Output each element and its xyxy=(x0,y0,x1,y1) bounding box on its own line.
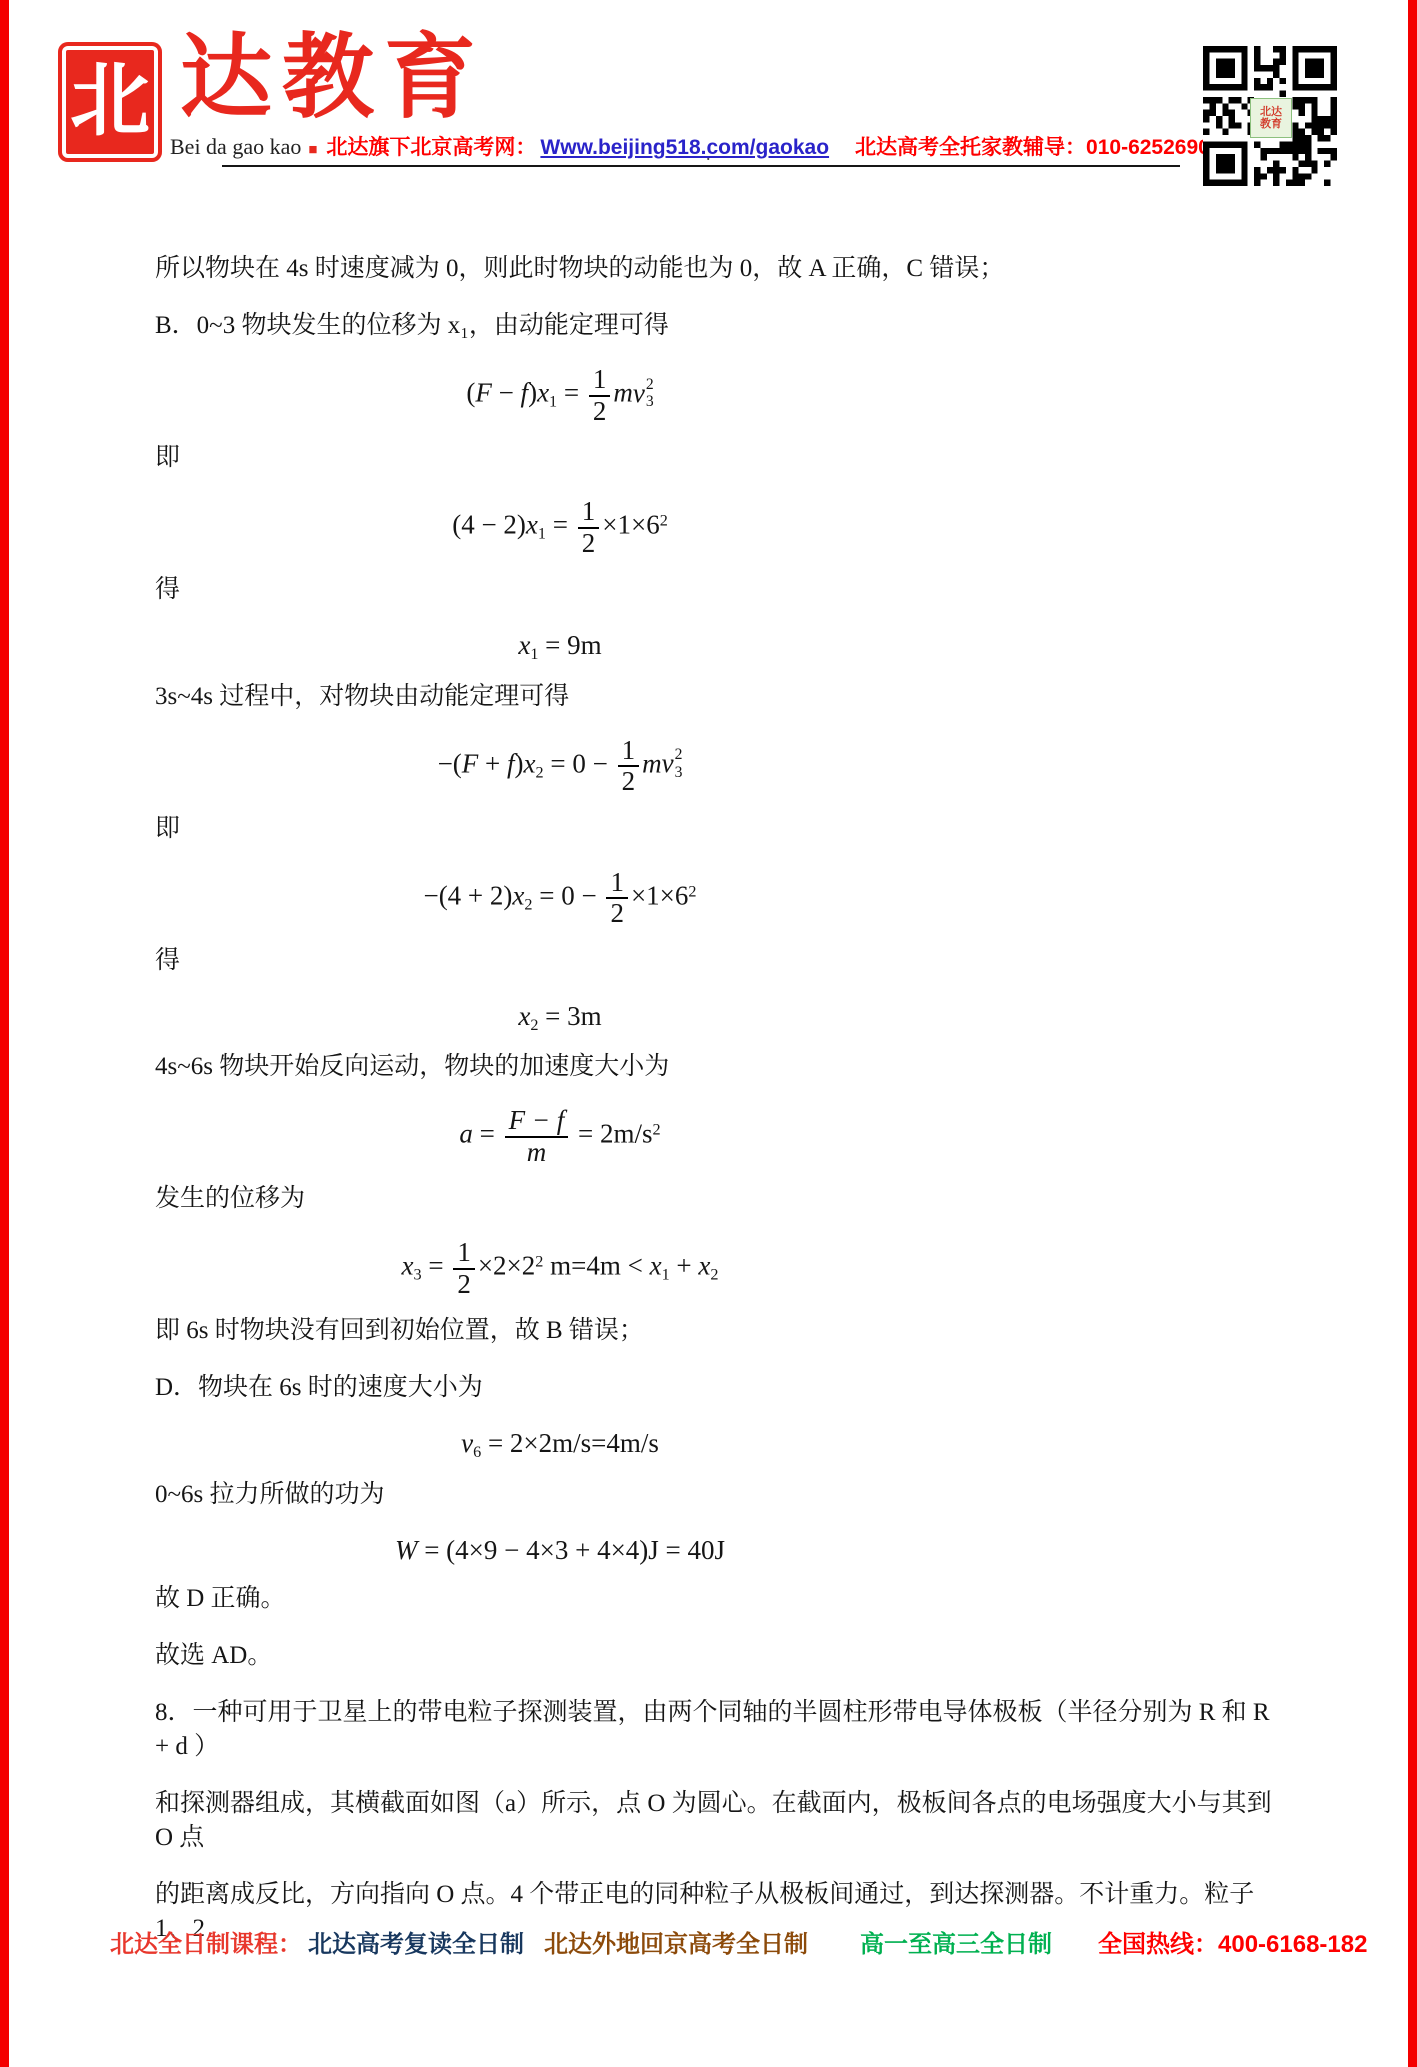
footer-segment: 全国热线：400-6168-182 xyxy=(1098,1931,1367,1958)
qr-label-line2: 教育 xyxy=(1260,118,1282,130)
equation: W = (4×9 − 4×3 + 4×4)J = 40J xyxy=(155,1535,965,1566)
header-phone-number: 010-62526900 xyxy=(1086,136,1221,160)
equation: −(4 + 2)x2 = 0 − 12×1×62 xyxy=(155,869,965,928)
document-page: 北 达教育 Bei da gao kao ■ 北达旗下北京高考网： Www.be… xyxy=(0,0,1417,2067)
paragraph: 4s~6s 物块开始反向运动，物块的加速度大小为 xyxy=(155,1050,1275,1084)
page-footer: 北达全日制课程：北达高考复读全日制北达外地回京高考全日制高一至高三全日制全国热线… xyxy=(110,1924,1373,1959)
equation: x2 = 3m xyxy=(155,1001,965,1034)
paragraph: D．物块在 6s 时的速度大小为 xyxy=(155,1371,1275,1405)
equation: x3 = 12×2×22 m=4m < x1 + x2 xyxy=(155,1239,965,1298)
header-tagline-row: Bei da gao kao ■ 北达旗下北京高考网： Www.beijing5… xyxy=(170,131,1222,161)
paragraph: 得 xyxy=(155,573,1275,607)
logo-seal-character: 北 xyxy=(70,62,150,142)
document-body: 所以物块在 4s 时速度减为 0，则此时物块的动能也为 0，故 A 正确，C 错… xyxy=(155,252,1275,1969)
paragraph: 故选 AD。 xyxy=(155,1639,1275,1673)
equation: x1 = 9m xyxy=(155,630,965,663)
equation: (F − f)x1 = 12mv23 xyxy=(155,366,965,425)
brand-pinyin: Bei da gao kao xyxy=(170,134,301,160)
footer-segment: 北达全日制课程： xyxy=(110,1931,302,1958)
header-divider-line xyxy=(222,165,1180,167)
stray-dot: . xyxy=(706,144,711,165)
left-red-border xyxy=(0,0,9,2067)
paragraph: 所以物块在 4s 时速度减为 0，则此时物块的动能也为 0，故 A 正确，C 错… xyxy=(155,252,1275,286)
header-website-link[interactable]: Www.beijing518.com/gaokao xyxy=(540,136,829,160)
qr-label-line1: 北达 xyxy=(1260,106,1282,118)
footer-segment: 高一至高三全日制 xyxy=(860,1931,1052,1958)
footer-segment: 北达高考复读全日制 xyxy=(308,1931,524,1958)
paragraph: B．0~3 物块发生的位移为 x₁，由动能定理可得 xyxy=(155,309,1275,343)
equation: v6 = 2×2m/s=4m/s xyxy=(155,1428,965,1461)
equation: −(F + f)x2 = 0 − 12mv23 xyxy=(155,737,965,796)
paragraph: 3s~4s 过程中，对物块由动能定理可得 xyxy=(155,680,1275,714)
brand-logo-text: 达教育 xyxy=(180,30,486,127)
paragraph: 故 D 正确。 xyxy=(155,1582,1275,1616)
paragraph: 即 xyxy=(155,812,1275,846)
red-square-bullet-icon: ■ xyxy=(308,142,317,159)
header-tutoring-label: 北达高考全托家教辅导： xyxy=(855,131,1086,161)
paragraph: 0~6s 拉力所做的功为 xyxy=(155,1478,1275,1512)
equation: (4 − 2)x1 = 12×1×62 xyxy=(155,498,965,557)
footer-segment: 北达外地回京高考全日制 xyxy=(544,1931,808,1958)
header-site-label: 北达旗下北京高考网： xyxy=(326,131,536,161)
paragraph: 即 6s 时物块没有回到初始位置，故 B 错误； xyxy=(155,1314,1275,1348)
paragraph: 得 xyxy=(155,944,1275,978)
right-red-border xyxy=(1408,0,1417,2067)
logo-seal: 北 xyxy=(58,42,162,162)
paragraph: 即 xyxy=(155,441,1275,475)
paragraph: 和探测器组成，其横截面如图（a）所示，点 O 为圆心。在截面内，极板间各点的电场… xyxy=(155,1787,1275,1855)
qr-center-label: 北达 教育 xyxy=(1250,98,1292,138)
paragraph: 8．一种可用于卫星上的带电粒子探测装置，由两个同轴的半圆柱形带电导体极板（半径分… xyxy=(155,1696,1275,1764)
paragraph: 发生的位移为 xyxy=(155,1182,1275,1216)
equation: a = F − fm = 2m/s2 xyxy=(155,1107,965,1166)
qr-code: 北达 教育 xyxy=(1203,46,1337,186)
